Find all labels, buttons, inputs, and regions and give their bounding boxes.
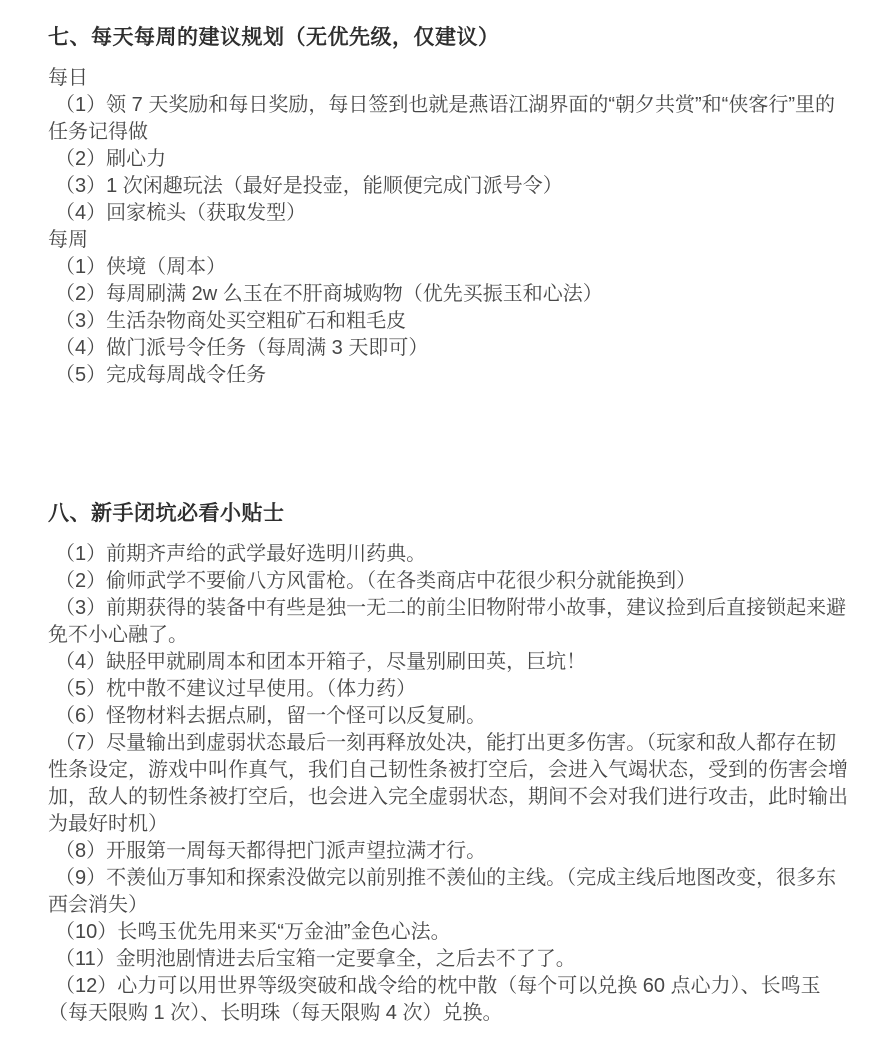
group-label: 每周 <box>48 227 848 254</box>
list-item: （3）生活杂物商处买空粗矿石和粗毛皮 <box>48 308 848 335</box>
list-item: （1）领 7 天奖励和每日奖励，每日签到也就是燕语江湖界面的“朝夕共赏”和“侠客… <box>48 92 848 146</box>
list-item: （6）怪物材料去据点刷，留一个怪可以反复刷。 <box>48 703 848 730</box>
document-page: 七、每天每周的建议规划（无优先级，仅建议） 每日（1）领 7 天奖励和每日奖励，… <box>0 0 881 1057</box>
list-item: （11）金明池剧情进去后宝箱一定要拿全，之后去不了了。 <box>48 946 848 973</box>
list-item: （5）完成每周战令任务 <box>48 362 848 389</box>
group-label: 每日 <box>48 65 848 92</box>
list-item: （5）枕中散不建议过早使用。（体力药） <box>48 676 848 703</box>
document-section: 八、新手闭坑必看小贴士 （1）前期齐声给的武学最好选明川药典。（2）偷师武学不要… <box>48 500 848 1027</box>
list-item: （8）开服第一周每天都得把门派声望拉满才行。 <box>48 838 848 865</box>
list-item: （7）尽量输出到虚弱状态最后一刻再释放处决，能打出更多伤害。（玩家和敌人都存在韧… <box>48 730 848 838</box>
list-item: （2）偷师武学不要偷八方风雷枪。（在各类商店中花很少积分就能换到） <box>48 568 848 595</box>
list-item: （1）前期齐声给的武学最好选明川药典。 <box>48 541 848 568</box>
list-item: （2）刷心力 <box>48 146 848 173</box>
list-item: （2）每周刷满 2w 么玉在不肝商城购物（优先买振玉和心法） <box>48 281 848 308</box>
list-item: （4）缺胫甲就刷周本和团本开箱子，尽量别刷田英，巨坑！ <box>48 649 848 676</box>
list-item: （4）回家梳头（获取发型） <box>48 200 848 227</box>
list-item: （4）做门派号令任务（每周满 3 天即可） <box>48 335 848 362</box>
list-item: （9）不羡仙万事知和探索没做完以前别推不羡仙的主线。（完成主线后地图改变，很多东… <box>48 865 848 919</box>
document-section: 七、每天每周的建议规划（无优先级，仅建议） 每日（1）领 7 天奖励和每日奖励，… <box>48 24 848 389</box>
section-heading: 七、每天每周的建议规划（无优先级，仅建议） <box>48 24 848 52</box>
section-heading: 八、新手闭坑必看小贴士 <box>48 500 848 528</box>
list-item: （3）1 次闲趣玩法（最好是投壶，能顺便完成门派号令） <box>48 173 848 200</box>
list-item: （12）心力可以用世界等级突破和战令给的枕中散（每个可以兑换 60 点心力）、长… <box>48 973 848 1027</box>
list-item: （3）前期获得的装备中有些是独一无二的前尘旧物附带小故事，建议捡到后直接锁起来避… <box>48 595 848 649</box>
list-item: （1）侠境（周本） <box>48 254 848 281</box>
list-item: （10）长鸣玉优先用来买“万金油”金色心法。 <box>48 919 848 946</box>
